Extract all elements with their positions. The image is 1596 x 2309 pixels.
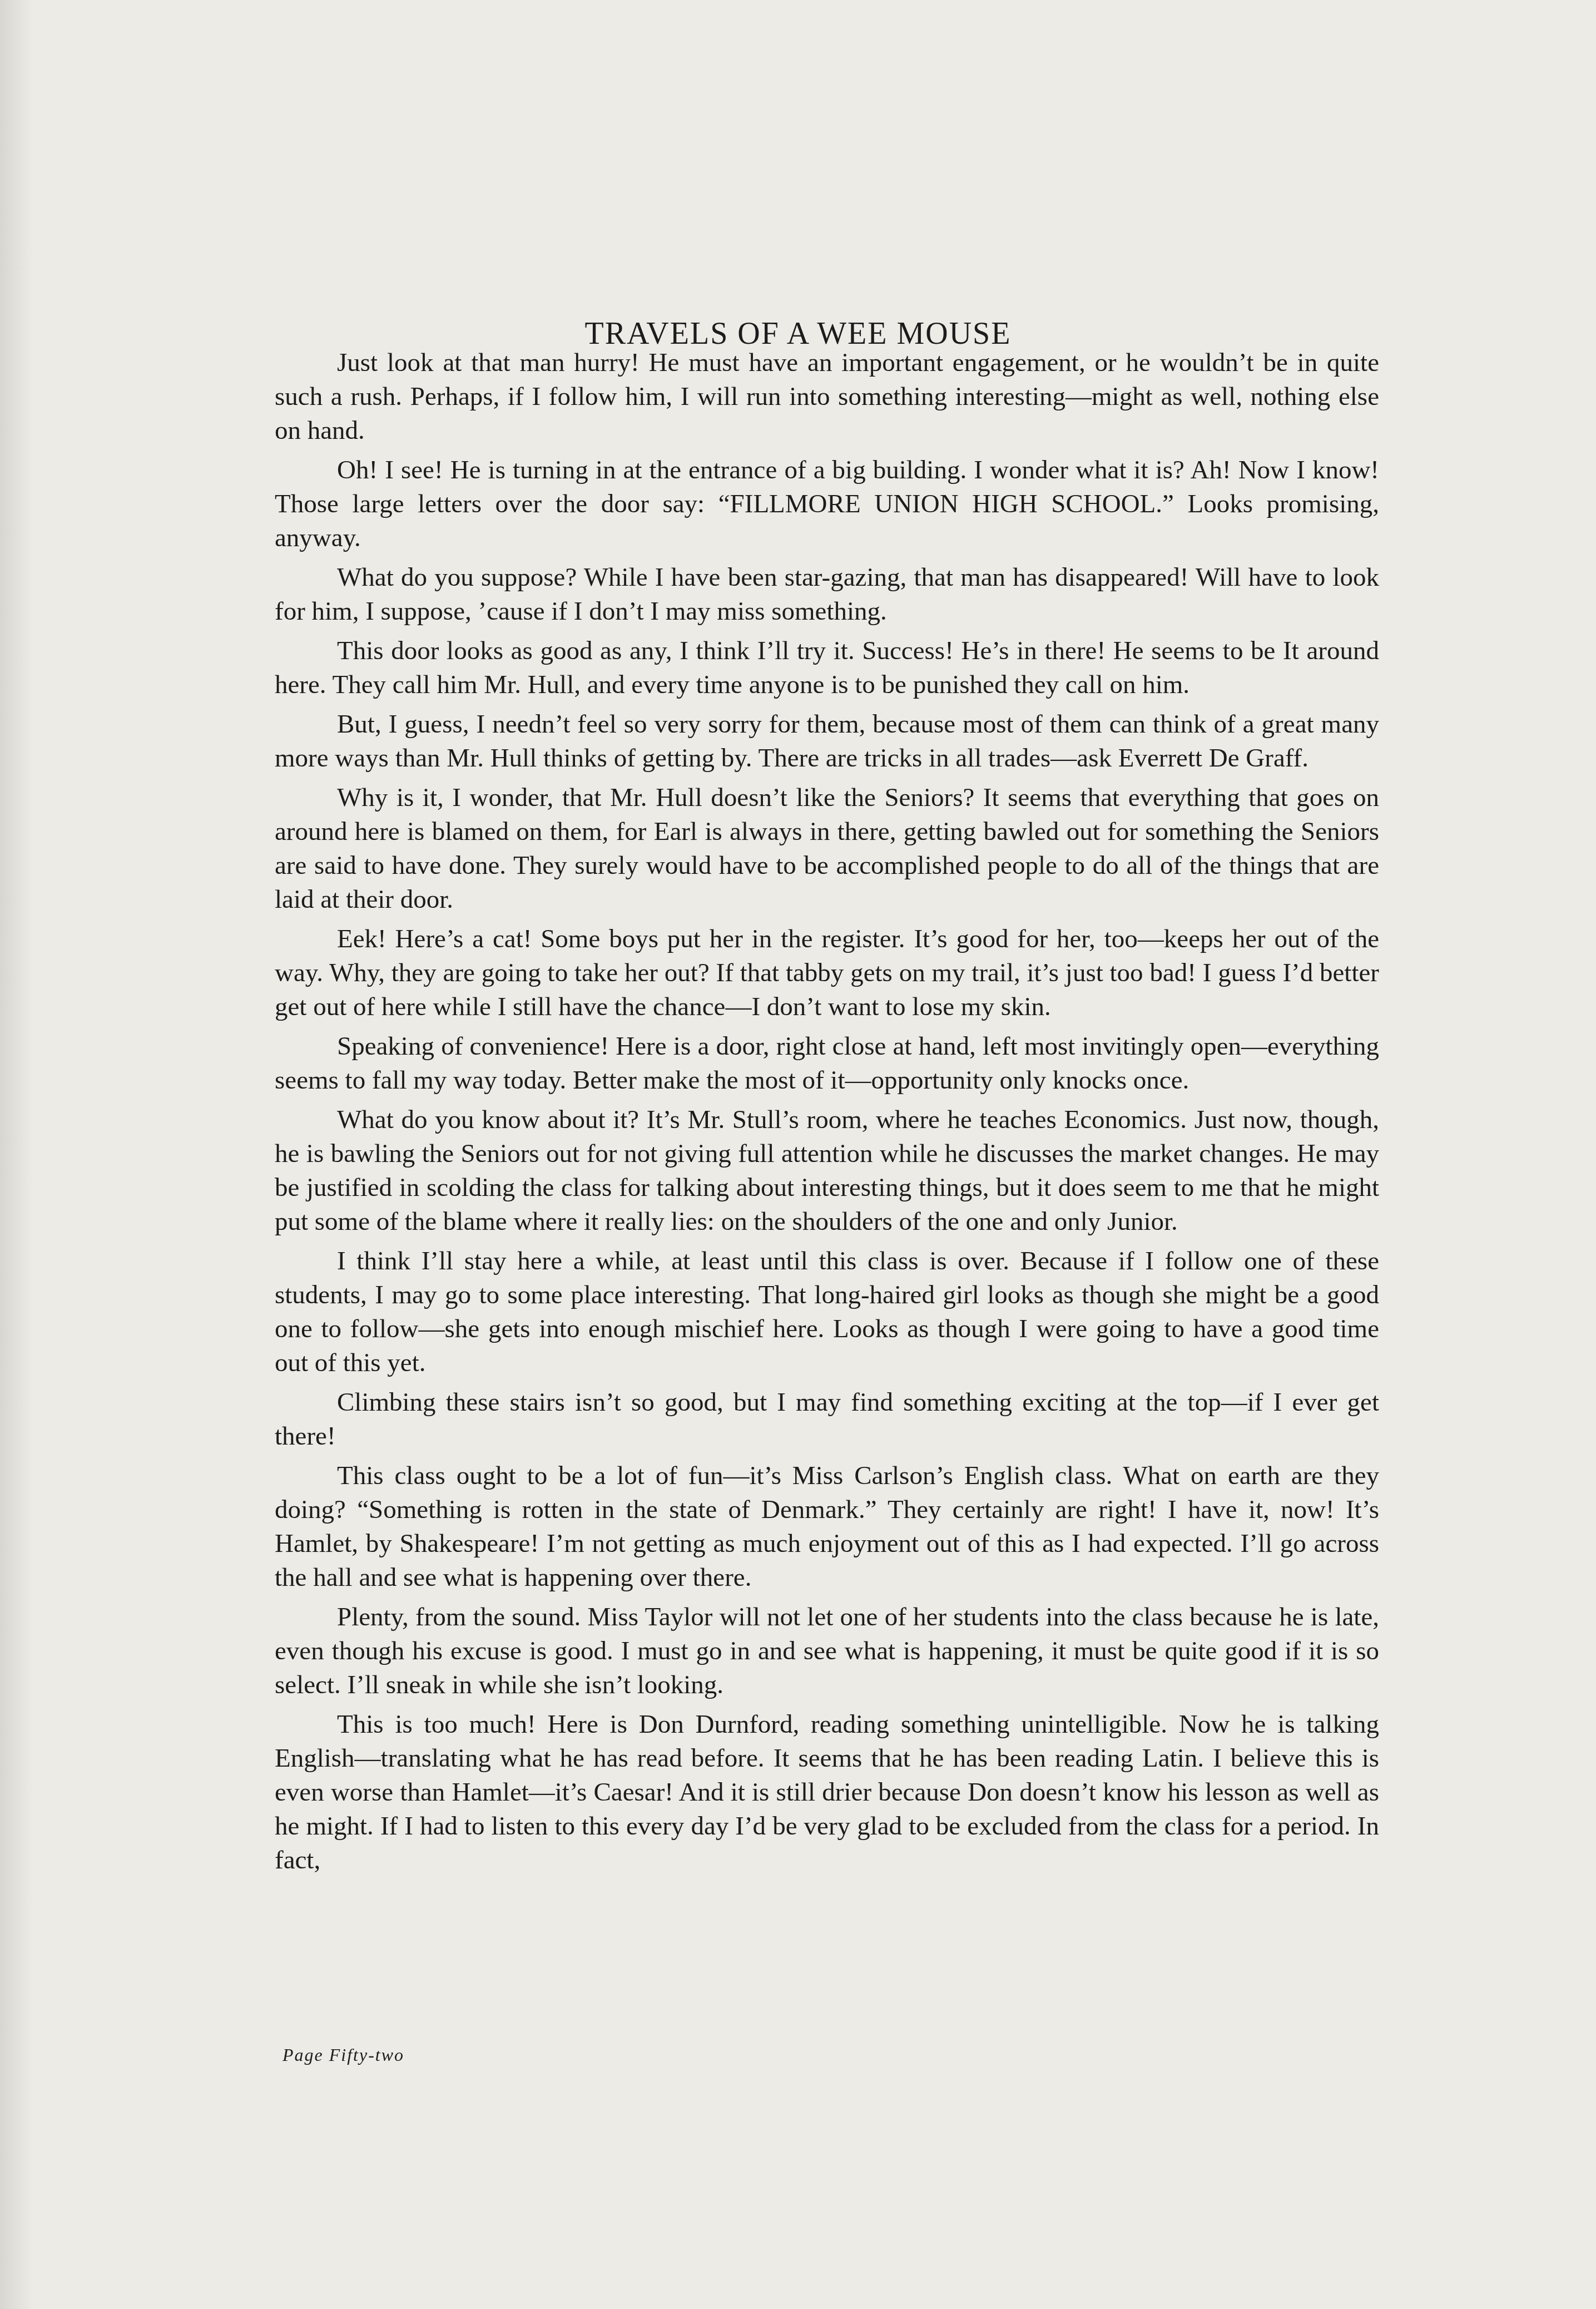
paragraph: This class ought to be a lot of fun—it’s… — [275, 1459, 1379, 1595]
paragraph: Speaking of convenience! Here is a door,… — [275, 1030, 1379, 1097]
paragraph: Eek! Here’s a cat! Some boys put her in … — [275, 922, 1379, 1024]
paragraph: Oh! I see! He is turning in at the entra… — [275, 453, 1379, 555]
article-body: Just look at that man hurry! He must hav… — [275, 346, 1379, 1883]
paragraph: This door looks as good as any, I think … — [275, 634, 1379, 702]
paragraph: Just look at that man hurry! He must hav… — [275, 346, 1379, 448]
paragraph: What do you know about it? It’s Mr. Stul… — [275, 1103, 1379, 1239]
paragraph: I think I’ll stay here a while, at least… — [275, 1244, 1379, 1380]
paragraph: This is too much! Here is Don Durnford, … — [275, 1708, 1379, 1877]
paragraph: Plenty, from the sound. Miss Taylor will… — [275, 1600, 1379, 1702]
paragraph: But, I guess, I needn’t feel so very sor… — [275, 708, 1379, 775]
paragraph: Why is it, I wonder, that Mr. Hull doesn… — [275, 781, 1379, 917]
page-number: Page Fifty-two — [282, 2045, 404, 2065]
paragraph: What do you suppose? While I have been s… — [275, 561, 1379, 629]
paragraph: Climbing these stairs isn’t so good, but… — [275, 1386, 1379, 1453]
